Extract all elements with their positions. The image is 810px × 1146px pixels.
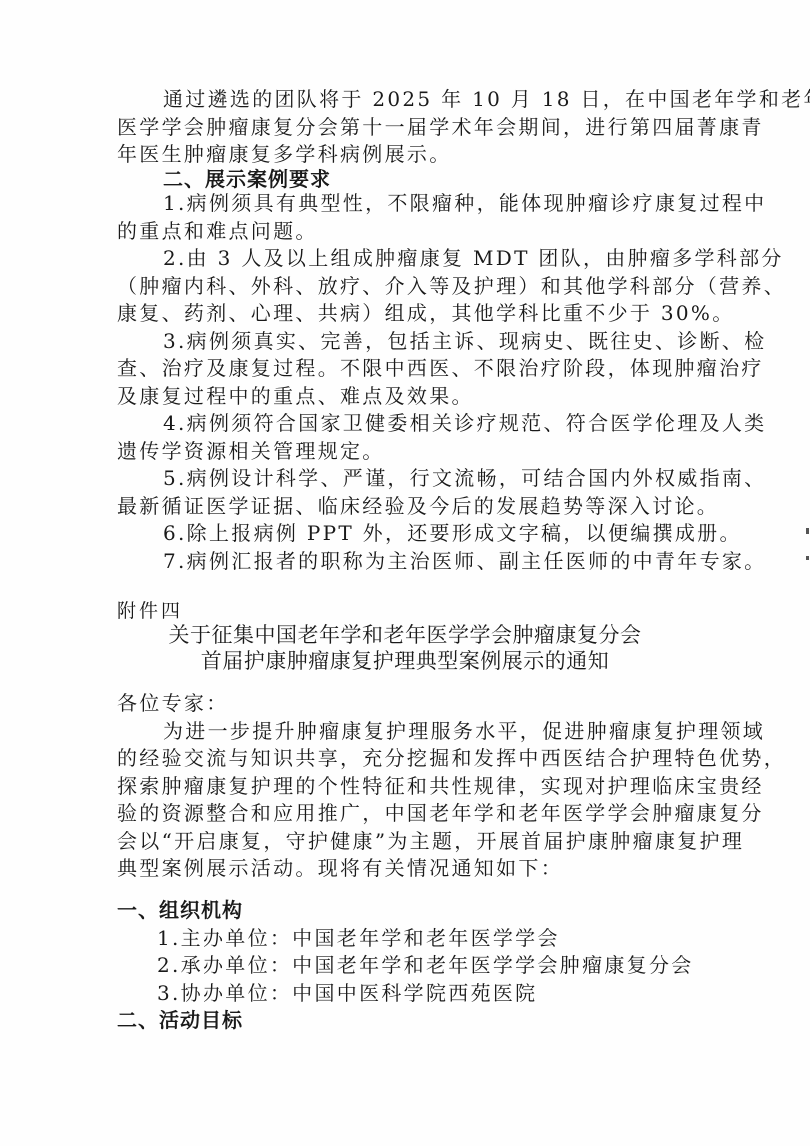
requirement-item: 7.病例汇报者的职称为主治医师、副主任医师的中青年专家。 xyxy=(117,548,697,576)
section-organization: 一、组织机构 1.主办单位：中国老年学和老年医学学会 2.承办单位：中国老年学和… xyxy=(117,897,697,1035)
notice-title-line-1: 关于征集中国老年学和老年医学学会肿瘤康复分会 xyxy=(0,622,810,649)
text-line: 查、治疗及康复过程。不限中西医、不限治疗阶段，体现肿瘤治疗 xyxy=(117,355,697,383)
notice-title-line-2: 首届护康肿瘤康复护理典型案例展示的通知 xyxy=(0,648,810,675)
text-line: 会以“开启康复，守护健康”为主题，开展首届护康肿瘤康复护理 xyxy=(117,828,697,856)
text-line: 1.病例须具有典型性，不限瘤种，能体现肿瘤诊疗康复过程中 xyxy=(117,190,697,218)
text-line: 的经验交流与知识共享，充分挖掘和发挥中西医结合护理特色优势， xyxy=(117,745,697,773)
text-line: 6.除上报病例 PPT 外，还要形成文字稿，以便编撰成册。 xyxy=(117,520,697,548)
requirement-item: 4.病例须符合国家卫健委相关诊疗规范、符合医学伦理及人类 遗传学资源相关管理规定… xyxy=(117,410,697,465)
organization-item: 3.协办单位：中国中医科学院西苑医院 xyxy=(117,980,697,1008)
requirement-item: 6.除上报病例 PPT 外，还要形成文字稿，以便编撰成册。 xyxy=(117,520,697,548)
text-line: 及康复过程中的重点、难点及效果。 xyxy=(117,383,697,411)
salutation: 各位专家： xyxy=(117,690,697,718)
text-line: （肿瘤内科、外科、放疗、介入等及护理）和其他学科部分（营养、 xyxy=(117,273,697,301)
text-line: 医学学会肿瘤康复分会第十一届学术年会期间，进行第四届菁康青 xyxy=(117,114,697,142)
text-line: 5.病例设计科学、严谨，行文流畅，可结合国内外权威指南、 xyxy=(117,465,697,493)
document-page: 通过遴选的团队将于 2025 年 10 月 18 日，在中国老年学和老年 医学学… xyxy=(0,0,810,1146)
organization-item: 2.承办单位：中国老年学和老年医学学会肿瘤康复分会 xyxy=(117,952,697,980)
text-line: 3.病例须真实、完善，包括主诉、现病史、既往史、诊断、检 xyxy=(117,328,697,356)
text-line: 康复、药剂、心理、共病）组成，其他学科比重不少于 30%。 xyxy=(117,300,697,328)
requirement-item: 3.病例须真实、完善，包括主诉、现病史、既往史、诊断、检 查、治疗及康复过程。不… xyxy=(117,328,697,411)
section-heading: 一、组织机构 xyxy=(117,897,697,925)
text-line: 探索肿瘤康复护理的个性特征和共性规律，实现对护理临床宝贵经 xyxy=(117,773,697,801)
organization-item: 1.主办单位：中国老年学和老年医学学会 xyxy=(117,925,697,953)
text-line: 遗传学资源相关管理规定。 xyxy=(117,438,697,466)
scan-mark xyxy=(806,556,809,560)
text-line: 年医生肿瘤康复多学科病例展示。 xyxy=(117,141,697,169)
requirements-list: 1.病例须具有典型性，不限瘤种，能体现肿瘤诊疗康复过程中 的重点和难点问题。 2… xyxy=(117,190,697,575)
section-heading: 二、活动目标 xyxy=(117,1007,697,1035)
text-line: 为进一步提升肿瘤康复护理服务水平，促进肿瘤康复护理领域 xyxy=(117,718,697,746)
annex-label: 附件四 xyxy=(117,596,183,623)
scan-mark xyxy=(806,528,809,534)
text-line: 7.病例汇报者的职称为主治医师、副主任医师的中青年专家。 xyxy=(117,548,697,576)
text-line: 2.由 3 人及以上组成肿瘤康复 MDT 团队，由肿瘤多学科部分 xyxy=(117,245,697,273)
text-line: 4.病例须符合国家卫健委相关诊疗规范、符合医学伦理及人类 xyxy=(117,410,697,438)
requirement-item: 5.病例设计科学、严谨，行文流畅，可结合国内外权威指南、 最新循证医学证据、临床… xyxy=(117,465,697,520)
notice-body: 各位专家： 为进一步提升肿瘤康复护理服务水平，促进肿瘤康复护理领域 的经验交流与… xyxy=(117,690,697,883)
text-line: 的重点和难点问题。 xyxy=(117,218,697,246)
intro-paragraph: 通过遴选的团队将于 2025 年 10 月 18 日，在中国老年学和老年 医学学… xyxy=(117,86,697,169)
requirement-item: 2.由 3 人及以上组成肿瘤康复 MDT 团队，由肿瘤多学科部分 （肿瘤内科、外… xyxy=(117,245,697,328)
requirement-item: 1.病例须具有典型性，不限瘤种，能体现肿瘤诊疗康复过程中 的重点和难点问题。 xyxy=(117,190,697,245)
text-line: 通过遴选的团队将于 2025 年 10 月 18 日，在中国老年学和老年 xyxy=(117,86,697,114)
text-line: 典型案例展示活动。现将有关情况通知如下： xyxy=(117,855,697,883)
text-line: 验的资源整合和应用推广，中国老年学和老年医学学会肿瘤康复分 xyxy=(117,800,697,828)
text-line: 最新循证医学证据、临床经验及今后的发展趋势等深入讨论。 xyxy=(117,493,697,521)
